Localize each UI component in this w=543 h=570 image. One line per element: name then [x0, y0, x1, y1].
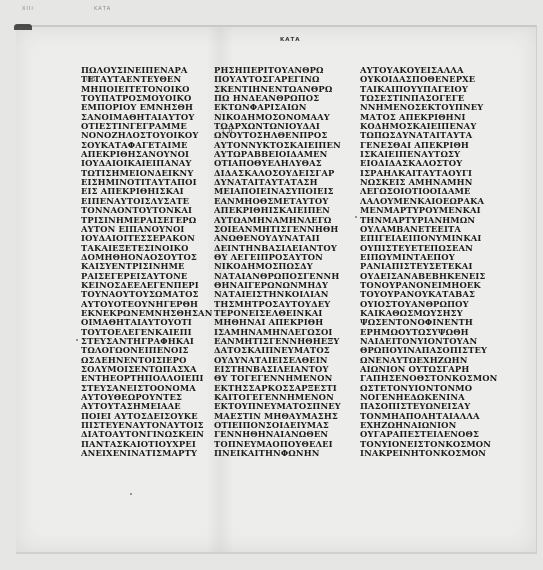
text-line: ΤΑΚΑΙΕΞΕΤΕΣΙΝΟΙΚΟ — [81, 244, 213, 253]
text-line: ΘΥ ΛΕΓΕΙΠΡΟΣΑΥΤΟΝ — [214, 253, 341, 262]
text-line: ΩΝΕΝΑΥΤΩΕΧΗΖΩΗΝ — [360, 356, 498, 365]
text-line: ΩΝΟΥΤΟΣΗΛΘΕΝΠΡΟΣ — [214, 131, 341, 140]
text-line: ΤΟΝΥΙΟΝΕΙΣΤΟΝΚΟΣΜΟΝ — [360, 440, 498, 449]
text-line: ΤΩΛΟΓΩΟΝΕΙΠΕΝΟΙΣ — [81, 346, 213, 355]
text-line: ΝΙΚΟΔΗΜΟΣΟΝΟΜΑΑΥ — [214, 113, 341, 122]
text-line: ΟΥΓΑΡΑΠΕΣΤΕΙΛΕΝΟΘΣ — [360, 430, 498, 439]
text-line: ΘΡΩΠΟΥΙΝΑΠΑΣΟΠΙΣΤΕΥ — [360, 346, 498, 355]
text-line: ΕΚΤΩΝΦΑΡΙΣΑΙΩΝ — [214, 103, 341, 112]
text-line: ΕΙΣΤΗΝΒΑΣΙΛΕΙΑΝΤΟΥ — [214, 365, 341, 374]
photo-label-right: ΚΑΤΑ — [94, 6, 111, 12]
text-line: ΣΟΥΚΑΤΑΦΑΓΕΤΑΙΜΕ — [81, 141, 213, 150]
text-line: ΤΗΣΜΗΤΡΟΣΑΥΤΟΥΔΕΥ — [214, 300, 341, 309]
text-line: ΟΥΚΟΙΔΑΣΠΟΘΕΝΕΡΧΕ — [360, 75, 498, 84]
text-line: ΠΑΣΟΠΙΣΤΕΥΩΝΕΙΣΑΥ — [360, 402, 498, 411]
text-line: ΝΟΝΟΖΗΛΟΣΤΟΥΟΙΚΟΥ — [81, 131, 213, 140]
text-line: ΓΕΝΕΣΘΑΙ ΑΠΕΚΡΙΘΗ — [360, 141, 498, 150]
text-line: ΣΤΕΥΣΑΝΕΙΣΤΟΟΝΟΜΑ — [81, 384, 213, 393]
text-line: ΝΙΚΟΔΗΜΟΣΠΩΣΔΥ — [214, 262, 341, 271]
text-line: ΝΑΤΑΙΕΙΣΤΗΝΚΟΙΛΙΑΝ — [214, 290, 341, 299]
text-column-2: ΡΗΣΗΠΕΡΙΤΟΥΑΝΘΡΩΠΟΥΑΥΤΟΣΓΑΡΕΓΙΝΩΣΚΕΝΤΙΗΝ… — [214, 66, 341, 458]
text-line: ΕΙΟΔΙΔΑΣΚΑΛΟΣΤΟΥ — [360, 159, 498, 168]
text-line: ΕΙΠΕΝΑΥΤΟΙΣΛΥΣΑΤΕ — [81, 197, 213, 206]
text-line: ΤΩΤΙΣΗΜΕΙΟΝΔΕΙΚΝΥ — [81, 169, 213, 178]
text-line: ΕΚΤΟΥΠΝΕΥΜΑΤΟΣΠΝΕΥ — [214, 402, 341, 411]
text-line: ΝΑΙΔΕΙΤΟΝΥΙΟΝΤΟΥΑΝ — [360, 337, 498, 346]
text-line: ΕΚΝΕΚΡΩΝΕΜΝΗΣΘΗΣΑΝ — [81, 309, 213, 318]
text-line: ΙΝΑΚΡΕΙΝΗΤΟΝΚΟΣΜΟΝ — [360, 449, 498, 458]
text-line: ΠΙΣΤΕΥΕΝΑΥΤΟΝΑΥΤΟΙΣ — [81, 421, 213, 430]
text-line: ΚΟΔΗΜΟΣΚΑΙΕΙΠΕΝΑΥ — [360, 122, 498, 131]
text-line: ΛΕΓΩΣΟΙΟΤΙΟΟΙΔΑΜΕ — [360, 187, 498, 196]
text-line: ΠΩ ΗΝΔΕΑΝΘΡΩΠΟΣ — [214, 94, 341, 103]
text-line: ΤΑΙΚΑΙΠΟΥΥΠΑΓΕΙΟΥ — [360, 85, 498, 94]
text-line: ΤΟΥΝΑΟΥΤΟΥΣΩΜΑΤΟΣ — [81, 290, 213, 299]
text-column-1: ΠΩΛΟΥΣΙΝΕΙΠΕΝΑΡΑΤΕΤΑΥΤΑΕΝΤΕΥΘΕΝΜΗΠΟΙΕΙΤΕ… — [81, 66, 213, 458]
text-line: ΝΟΓΕΝΗΕΔΩΚΕΝΙΝΑ — [360, 393, 498, 402]
text-line: ΤΟΥΠΑΤΡΟΣΜΟΥΟΙΚΟ — [81, 94, 213, 103]
text-column-3: ΑΥΤΟΥΑΚΟΥΕΙΣΑΛΛΑΟΥΚΟΙΔΑΣΠΟΘΕΝΕΡΧΕΤΑΙΚΑΙΠ… — [360, 66, 498, 458]
text-line: ΔΙΑΤΟΑΥΤΟΝΓΙΝΩΣΚΕΙΝ — [81, 430, 213, 439]
text-line: ΝΝΗΜΕΝΟΣΕΚΤΟΥΠΝΕΥ — [360, 103, 498, 112]
text-line: ΑΥΤΟΥΑΚΟΥΕΙΣΑΛΛΑ — [360, 66, 498, 75]
text-line: ΝΑΤΑΙΑΝΘΡΩΠΟΣΓΕΝΝΗ — [214, 272, 341, 281]
text-line: ΑΥΤΟΥΘΕΩΡΟΥΝΤΕΣ — [81, 393, 213, 402]
text-line: ΚΑΙΣΥΕΝΤΡΙΣΙΝΗΜΕ — [81, 262, 213, 271]
text-line: ΓΑΠΗΣΕΝΟΘΣΤΟΝΚΟΣΜΟΝ — [360, 374, 498, 383]
text-line: ΑΠΕΚΡΙΘΗΣΑΝΟΥΝΟΙ — [81, 150, 213, 159]
margin-mark — [355, 216, 357, 218]
text-line: ΕΚΤΗΣΣΑΡΚΟΣΣΑΡΞΕΣΤΙ — [214, 384, 341, 393]
text-line: ΟΤΙΕΣΤΙΝΓΕΓΡΑΜΜΕ — [81, 122, 213, 131]
text-line: ΣΟΙΕΑΝΜΗΤΙΣΓΕΝΝΗΘΗ — [214, 225, 341, 234]
margin-mark — [76, 339, 78, 341]
text-line: ΠΝΕΙΚΑΙΤΗΝΦΩΝΗΝ — [214, 449, 341, 458]
text-line: ΤΟΝΝΑΟΝΤΟΥΤΟΝΚΑΙ — [81, 206, 213, 215]
text-line: ΠΟΥΑΥΤΟΣΓΑΡΕΓΙΝΩ — [214, 75, 341, 84]
text-line: ΨΩΣΕΝΤΟΝΟΦΙΝΕΝΤΗ — [360, 318, 498, 327]
text-line: ΤΟΥΟΥΡΑΝΟΥΚΑΤΑΒΑΣ — [360, 290, 498, 299]
text-line: ΚΑΙΤΟΓΕΓΕΝΝΗΜΕΝΟΝ — [214, 393, 341, 402]
text-line: ΤΟΝΟΥΡΑΝΟΝΕΙΜΗΟΕΚ — [360, 281, 498, 290]
text-line: ΝΩΣΚΕΙΣ ΑΜΗΝΑΜΗΝ — [360, 178, 498, 187]
text-line: ΓΕΝΝΗΘΗΝΑΙΑΝΩΘΕΝ — [214, 430, 341, 439]
text-line: ΜΕΙΑΠΟΙΕΙΝΑΣΥΠΟΙΕΙΣ — [214, 187, 341, 196]
text-line: ΡΑΙΣΕΓΕΡΕΙΣΑΥΤΟΝΕ — [81, 272, 213, 281]
text-line: ΣΤΕΥΣΑΝΤΗΓΡΑΦΗΚΑΙ — [81, 337, 213, 346]
text-line: ΑΥΤΟΥΤΑΣΗΜΕΙΑΑΕ — [81, 402, 213, 411]
text-line: ΙΣΚΑΙΕΙΠΕΝΑΥΤΩΣΥ — [360, 150, 498, 159]
text-line: ΜΑΕΣΤΙΝ ΜΗΘΑΥΜΑΣΗΣ — [214, 412, 341, 421]
text-line: ΟΤΙΕΙΠΟΝΣΟΙΔΕΙΥΜΑΣ — [214, 421, 341, 430]
text-line: ΟΥΔΥΝΑΤΑΙΕΙΣΕΛΘΕΙΝ — [214, 356, 341, 365]
text-line: ΤΡΙΣΙΝΗΜΕΡΑΙΣΕΓΕΡΩ — [81, 216, 213, 225]
photo-label-left: ΧΙΙΙ — [22, 6, 34, 12]
text-line: ΟΥΛΑΜΒΑΝΕΤΕΕΙΤΑ — [360, 225, 498, 234]
text-line: ΜΗΠΟΙΕΙΤΕΤΟΝΟΙΚΟ — [81, 85, 213, 94]
text-line: ΕΑΝΜΗΟΘΣΜΕΤΑΥΤΟΥ — [214, 197, 341, 206]
text-line: ΑΙΩΝΙΟΝ ΟΥΤΩΣΓΑΡΗ — [360, 365, 498, 374]
text-line: ΑΥΤΟΥΟΤΕΟΥΝΗΓΕΡΘΗ — [81, 300, 213, 309]
text-line: ΤΕΡΟΝΕΙΣΕΛΘΕΙΝΚΑΙ — [214, 309, 341, 318]
text-line: ΑΥΤΟΝ ΕΙΠΑΝΟΥΝΟΙ — [81, 225, 213, 234]
text-line: ΣΟΛΥΜΟΙΣΕΝΤΩΠΑΣΧΑ — [81, 365, 213, 374]
text-line: ΜΗΘΗΝΑΙ ΑΠΕΚΡΙΘΗ — [214, 318, 341, 327]
text-line: ΔΙΔΑΣΚΑΛΟΣΟΥΔΕΙΣΓΑΡ — [214, 169, 341, 178]
text-line: ΕΑΝΜΗΤΙΣΓΕΝΝΗΘΗΕΞΥ — [214, 337, 341, 346]
text-line: ΟΤΙΑΠΟΘΥΕΛΗΛΥΘΑΣ — [214, 159, 341, 168]
text-line: ΟΥΔΕΙΣΑΝΑΒΕΒΗΚΕΝΕΙΣ — [360, 272, 498, 281]
text-line: ΑΥΤΩΑΜΗΝΑΜΗΝΛΕΓΩ — [214, 216, 341, 225]
text-line: ΑΠΕΚΡΙΘΗΙΣΚΑΙΕΙΠΕΝ — [214, 206, 341, 215]
text-line: ΕΡΗΜΩΟΥΤΩΣΥΨΩΘΗ — [360, 328, 498, 337]
text-line: ΟΥΠΙΣΤΕΥΕΤΕΠΩΣΕΑΝ — [360, 244, 498, 253]
text-line: ΡΑΝΙΑΠΙΣΤΕΥΣΕΤΕΚΑΙ — [360, 262, 498, 271]
text-line: ΔΟΜΗΘΗΟΝΑΟΣΟΥΤΟΣ — [81, 253, 213, 262]
text-line: ΤΕΤΑΥΤΑΕΝΤΕΥΘΕΝ — [81, 75, 213, 84]
text-line: ΣΚΕΝΤΙΗΝΕΝΤΩΑΝΘΡΩ — [214, 85, 341, 94]
text-line: ΠΑΝΤΑΣΚΑΙΟΤΙΟΥΧΡΕΙ — [81, 440, 213, 449]
text-line: ΤΩΠΩΣΔΥΝΑΤΑΙΤΑΥΤΑ — [360, 131, 498, 140]
text-line: ΟΥΙΟΣΤΟΥΑΝΘΡΩΠΟΥ — [360, 300, 498, 309]
text-line: ΕΙΣΗΜΙΝΟΤΙΤΑΥΤΑΠΟΙ — [81, 178, 213, 187]
text-line: ΤΟΝΜΗΑΠΟΛΗΤΑΙΑΛΛΑ — [360, 412, 498, 421]
text-line: ΔΑΤΟΣΚΑΙΠΝΕΥΜΑΤΟΣ — [214, 346, 341, 355]
running-title: ΚΑΤΑ — [280, 37, 301, 43]
text-line: ΤΩΑΡΧΩΝΤΩΝΙΟΥΔΑΙ — [214, 122, 341, 131]
text-line: ΟΙΜΑΘΗΤΑΙΑΥΤΟΥΟΤΙ — [81, 318, 213, 327]
text-line: ΘΗΝΑΙΓΕΡΩΝΩΝΜΗΔΥ — [214, 281, 341, 290]
text-line: ΙΣΑΜΗΝΑΜΗΝΛΕΓΩΣΟΙ — [214, 328, 341, 337]
text-line: ΤΟΠΝΕΥΜΑΟΠΟΥΘΕΛΕΙ — [214, 440, 341, 449]
text-line: ΑΥΤΟΝΝΥΚΤΟΣΚΑΙΕΙΠΕΝ — [214, 141, 341, 150]
text-line: ΜΕΝΜΑΡΤΥΡΟΥΜΕΝΚΑΙ — [360, 206, 498, 215]
text-line: ΣΑΝΟΙΜΑΘΗΤΑΙΑΥΤΟΥ — [81, 113, 213, 122]
text-line: ΠΟΙΕΙ ΑΥΤΟΣΔΕΙΣΟΥΚΕ — [81, 412, 213, 421]
text-line: ΕΜΠΟΡΙΟΥ ΕΜΝΗΣΘΗ — [81, 103, 213, 112]
text-line: ΤΟΥΤΟΕΛΕΓΕΝΚΑΙΕΠΙ — [81, 328, 213, 337]
text-line: ΕΙΣ ΑΠΕΚΡΙΘΗΙΣΚΑΙ — [81, 187, 213, 196]
text-line: ΜΑΤΟΣ ΑΠΕΚΡΙΘΗΝΙ — [360, 113, 498, 122]
text-line: ΔΕΙΝΤΗΝΒΑΣΙΛΕΙΑΝΤΟΥ — [214, 244, 341, 253]
text-line: ΩΣΤΕΤΟΝΥΙΟΝΤΟΝΜΟ — [360, 384, 498, 393]
text-line: ΙΟΥΔΑΙΟΙΚΑΙΕΙΠΑΝΑΥ — [81, 159, 213, 168]
text-line: ΑΥΤΩΡΑΒΒΕΙΟΙΔΑΜΕΝ — [214, 150, 341, 159]
text-line: ΕΝΤΗΕΟΡΤΗΠΟΛΛΟΙΕΠΙ — [81, 374, 213, 383]
text-line: ΑΝΩΘΕΝΟΥΔΥΝΑΤΑΙΙ — [214, 234, 341, 243]
text-line: ΩΣΔΕΗΝΕΝΤΟΙΣΙΕΡΟ — [81, 356, 213, 365]
text-line: ΘΥ ΤΟΓΕΓΕΝΝΗΜΕΝΟΝ — [214, 374, 341, 383]
text-line: ΤΗΝΜΑΡΤΥΡΙΑΝΗΜΩΝ — [360, 216, 498, 225]
text-line: ΠΩΛΟΥΣΙΝΕΙΠΕΝΑΡΑ — [81, 66, 213, 75]
text-line: ΤΩΣΕΣΤΙΝΠΑΣΟΓΕΓΕ — [360, 94, 498, 103]
text-line: ΑΝΕΙΧΕΝΙΝΑΤΙΣΜΑΡΤΥ — [81, 449, 213, 458]
text-line: ΡΗΣΗΠΕΡΙΤΟΥΑΝΘΡΩ — [214, 66, 341, 75]
text-line: ΕΠΙΓΕΙΑΕΙΠΟΝΥΜΙΝΚΑΙ — [360, 234, 498, 243]
text-line: ΙΟΥΔΑΙΟΙΤΕΣΣΕΡΑΚΟΝ — [81, 234, 213, 243]
parchment-speck — [130, 493, 132, 495]
text-line: ΕΧΗΖΩΗΝΑΙΩΝΙΟΝ — [360, 421, 498, 430]
text-line: ΛΑΛΟΥΜΕΝΚΑΙΟΕΩΡΑΚΑ — [360, 197, 498, 206]
text-line: ΕΙΠΩΥΜΙΝΤΑΕΠΟΥ — [360, 253, 498, 262]
text-line: ΚΑΙΚΑΘΩΣΜΩΥΣΗΣΥ — [360, 309, 498, 318]
text-line: ΚΕΙΝΟΣΔΕΕΛΕΓΕΝΠΕΡΙ — [81, 281, 213, 290]
text-line: ΙΣΡΑΗΛΚΑΙΤΑΥΤΑΟΥΓΙ — [360, 169, 498, 178]
text-line: ΔΥΝΑΤΑΙΤΑΥΤΑΤΑΣΗ — [214, 178, 341, 187]
